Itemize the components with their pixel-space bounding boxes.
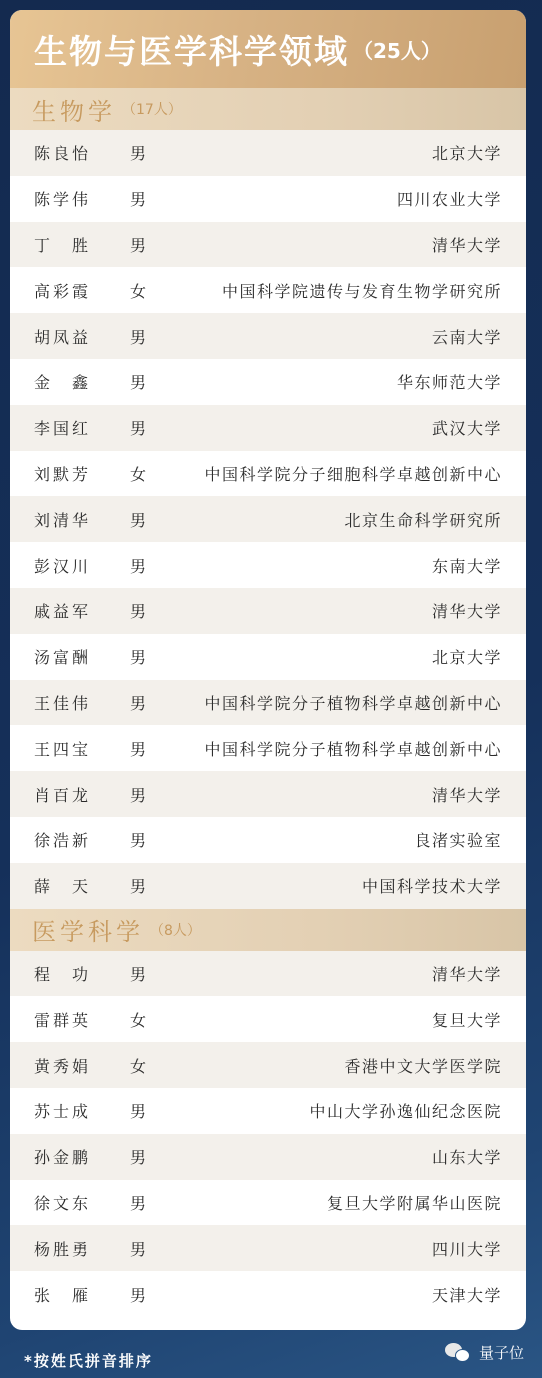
table-row: 胡凤益男云南大学	[10, 313, 526, 359]
person-name: 高彩霞	[34, 279, 130, 302]
table-row: 程 功男清华大学	[10, 951, 526, 997]
gender: 女	[130, 1054, 170, 1077]
page-title: 生物与医学科学领域	[34, 26, 349, 73]
institution: 华东师范大学	[170, 370, 502, 393]
table-row: 雷群英女复旦大学	[10, 996, 526, 1042]
table-row: 肖百龙男清华大学	[10, 771, 526, 817]
table-row: 丁 胜男清华大学	[10, 222, 526, 268]
person-name: 薛 天	[34, 874, 130, 897]
academician-list-card: 生物与医学科学领域 （25人） 生物学 （17人） 陈良怡男北京大学陈学伟男四川…	[10, 10, 526, 1330]
institution: 四川农业大学	[170, 187, 502, 210]
total-count: （25人）	[353, 35, 441, 64]
table-row: 孙金鹏男山东大学	[10, 1134, 526, 1180]
person-name: 戚益军	[34, 599, 130, 622]
wechat-icon	[445, 1343, 471, 1363]
gender: 男	[130, 962, 170, 985]
institution: 中国科学院分子植物科学卓越创新中心	[170, 691, 502, 714]
table-row: 杨胜勇男四川大学	[10, 1225, 526, 1271]
person-name: 徐文东	[34, 1191, 130, 1214]
gender: 男	[130, 783, 170, 806]
institution: 北京生命科学研究所	[170, 508, 502, 531]
institution: 清华大学	[170, 233, 502, 256]
table-row: 黄秀娟女香港中文大学医学院	[10, 1042, 526, 1088]
brand-watermark: 量子位	[445, 1342, 524, 1363]
person-name: 徐浩新	[34, 828, 130, 851]
section-title: 医学科学	[32, 912, 144, 947]
table-row: 薛 天男中国科学技术大学	[10, 863, 526, 909]
institution: 中国科学院遗传与发育生物学研究所	[170, 279, 502, 302]
table-row: 汤富酬男北京大学	[10, 634, 526, 680]
person-name: 丁 胜	[34, 233, 130, 256]
section-count: （8人）	[150, 920, 201, 940]
gender: 男	[130, 1099, 170, 1122]
institution: 天津大学	[170, 1283, 502, 1306]
gender: 男	[130, 187, 170, 210]
institution: 复旦大学附属华山医院	[170, 1191, 502, 1214]
gender: 男	[130, 828, 170, 851]
institution: 清华大学	[170, 599, 502, 622]
gender: 女	[130, 279, 170, 302]
person-name: 汤富酬	[34, 645, 130, 668]
institution: 良渚实验室	[170, 828, 502, 851]
institution: 中国科学院分子细胞科学卓越创新中心	[170, 462, 502, 485]
gender: 男	[130, 1283, 170, 1306]
section-header-biology: 生物学 （17人）	[10, 88, 526, 130]
person-name: 李国红	[34, 416, 130, 439]
person-name: 胡凤益	[34, 325, 130, 348]
section-count: （17人）	[122, 99, 182, 119]
biology-list: 陈良怡男北京大学陈学伟男四川农业大学丁 胜男清华大学高彩霞女中国科学院遗传与发育…	[10, 130, 526, 909]
gender: 女	[130, 462, 170, 485]
table-row: 苏士成男中山大学孙逸仙纪念医院	[10, 1088, 526, 1134]
person-name: 雷群英	[34, 1008, 130, 1031]
gender: 男	[130, 325, 170, 348]
person-name: 肖百龙	[34, 783, 130, 806]
table-row: 彭汉川男东南大学	[10, 542, 526, 588]
gender: 男	[130, 554, 170, 577]
table-row: 高彩霞女中国科学院遗传与发育生物学研究所	[10, 267, 526, 313]
table-row: 徐文东男复旦大学附属华山医院	[10, 1180, 526, 1226]
person-name: 苏士成	[34, 1099, 130, 1122]
institution: 北京大学	[170, 141, 502, 164]
person-name: 程 功	[34, 962, 130, 985]
institution: 云南大学	[170, 325, 502, 348]
table-row: 金 鑫男华东师范大学	[10, 359, 526, 405]
gender: 男	[130, 141, 170, 164]
table-row: 王四宝男中国科学院分子植物科学卓越创新中心	[10, 725, 526, 771]
institution: 武汉大学	[170, 416, 502, 439]
person-name: 张 雁	[34, 1283, 130, 1306]
table-row: 刘清华男北京生命科学研究所	[10, 496, 526, 542]
person-name: 陈学伟	[34, 187, 130, 210]
institution: 清华大学	[170, 783, 502, 806]
table-row: 徐浩新男良渚实验室	[10, 817, 526, 863]
medical-list: 程 功男清华大学雷群英女复旦大学黄秀娟女香港中文大学医学院苏士成男中山大学孙逸仙…	[10, 951, 526, 1317]
institution: 中国科学技术大学	[170, 874, 502, 897]
institution: 中山大学孙逸仙纪念医院	[170, 1099, 502, 1122]
table-row: 戚益军男清华大学	[10, 588, 526, 634]
gender: 男	[130, 737, 170, 760]
card-header: 生物与医学科学领域 （25人）	[10, 10, 526, 88]
table-row: 刘默芳女中国科学院分子细胞科学卓越创新中心	[10, 451, 526, 497]
person-name: 王四宝	[34, 737, 130, 760]
gender: 男	[130, 1191, 170, 1214]
institution: 四川大学	[170, 1237, 502, 1260]
gender: 男	[130, 874, 170, 897]
person-name: 刘默芳	[34, 462, 130, 485]
institution: 东南大学	[170, 554, 502, 577]
institution: 复旦大学	[170, 1008, 502, 1031]
institution: 清华大学	[170, 962, 502, 985]
gender: 男	[130, 508, 170, 531]
person-name: 金 鑫	[34, 370, 130, 393]
sort-note: *按姓氏拼音排序	[24, 1350, 153, 1371]
table-row: 陈良怡男北京大学	[10, 130, 526, 176]
brand-name: 量子位	[479, 1342, 524, 1363]
institution: 山东大学	[170, 1145, 502, 1168]
section-header-medical: 医学科学 （8人）	[10, 909, 526, 951]
gender: 男	[130, 691, 170, 714]
gender: 男	[130, 645, 170, 668]
person-name: 孙金鹏	[34, 1145, 130, 1168]
section-title: 生物学	[32, 92, 116, 127]
gender: 女	[130, 1008, 170, 1031]
institution: 香港中文大学医学院	[170, 1054, 502, 1077]
person-name: 彭汉川	[34, 554, 130, 577]
person-name: 杨胜勇	[34, 1237, 130, 1260]
person-name: 王佳伟	[34, 691, 130, 714]
institution: 中国科学院分子植物科学卓越创新中心	[170, 737, 502, 760]
gender: 男	[130, 599, 170, 622]
gender: 男	[130, 416, 170, 439]
gender: 男	[130, 1145, 170, 1168]
person-name: 刘清华	[34, 508, 130, 531]
table-row: 张 雁男天津大学	[10, 1271, 526, 1317]
person-name: 黄秀娟	[34, 1054, 130, 1077]
gender: 男	[130, 1237, 170, 1260]
institution: 北京大学	[170, 645, 502, 668]
person-name: 陈良怡	[34, 141, 130, 164]
gender: 男	[130, 370, 170, 393]
table-row: 王佳伟男中国科学院分子植物科学卓越创新中心	[10, 680, 526, 726]
table-row: 陈学伟男四川农业大学	[10, 176, 526, 222]
table-row: 李国红男武汉大学	[10, 405, 526, 451]
gender: 男	[130, 233, 170, 256]
